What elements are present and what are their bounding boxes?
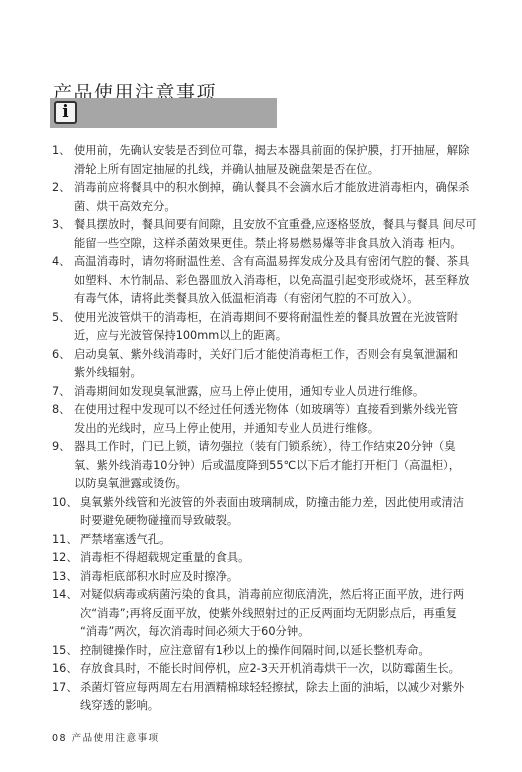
item-number: 1、 [52,142,71,161]
list-item: 8、在使用过程中发现可以不经过任何透光物体（如玻璃等）直接看到紫外线光管发出的光… [52,401,512,438]
item-text-line: 使用前，先确认安装是否到位可靠，揭去本器具前面的保护膜，打开抽屉，解除 [52,142,512,161]
item-number: 16、 [52,660,78,679]
item-text-line: 近，应与光波管保持100mm以上的距离。 [52,327,512,346]
list-item: 15、控制键操作时，应注意留有1秒以上的操作间隔时间,以延长整机寿命。 [52,642,512,661]
item-number: 2、 [52,179,71,198]
item-text-line: 发出的光线时，应马上停止使用，并通知专业人员进行维修。 [52,420,512,439]
item-text-line: 紫外线辐射。 [52,364,512,383]
list-item: 13、消毒柜底部积水时应及时擦净。 [52,568,512,587]
item-number: 17、 [52,679,78,698]
item-number: 10、 [52,494,78,513]
list-item: 10、臭氧紫外线管和光波管的外表面由玻璃制成，防撞击能力差，因此使用或清洁时要避… [52,494,512,531]
item-text-line: 有毒气体，请将此类餐具放入低温柜消毒（有密闭气腔的不可放入）。 [52,290,512,309]
item-text-line: 次“消毒”;再将反面平放，使紫外线照射过的正反两面均无阴影点后，再重复 [52,605,512,624]
item-text-line: 存放食具时，不能长时间停机，应2-3天开机消毒烘干一次，以防霉菌生长。 [52,660,512,679]
item-text-line: 臭氧紫外线管和光波管的外表面由玻璃制成，防撞击能力差，因此使用或清洁 [52,494,512,513]
item-number: 11、 [52,531,78,550]
item-number: 4、 [52,253,71,272]
item-text-line: 在使用过程中发现可以不经过任何透光物体（如玻璃等）直接看到紫外线光管 [52,401,512,420]
item-text-line: 时要避免硬物碰撞而导致破裂。 [52,512,512,531]
item-text-line: 高温消毒时，请勿将耐温性差、含有高温易挥发成分及具有密闭气腔的餐、茶具 [52,253,512,272]
list-item: 11、严禁堵塞透气孔。 [52,531,512,550]
item-text-line: 能留一些空隙，这样杀菌效果更佳。禁止将易燃易爆等非食具放入消毒 柜内。 [52,235,512,254]
list-item: 1、使用前，先确认安装是否到位可靠，揭去本器具前面的保护膜，打开抽屉，解除滑轮上… [52,142,512,179]
list-item: 12、消毒柜不得超载规定重量的食具。 [52,549,512,568]
list-item: 3、餐具摆放时，餐具间要有间隙，且安放不宜重叠,应逐格竖放，餐具与餐具 间尽可能… [52,216,512,253]
item-text-line: 如塑料、木竹制品、彩色器皿放入消毒柜，以免高温引起变形或烧坏，甚至释放 [52,272,512,291]
page-number: 08 [52,733,67,744]
item-text-line: 餐具摆放时，餐具间要有间隙，且安放不宜重叠,应逐格竖放，餐具与餐具 间尽可 [52,216,512,235]
item-number: 5、 [52,309,71,328]
list-item: 2、消毒前应将餐具中的积水倒掉，确认餐具不会滴水后才能放进消毒柜内，确保杀菌、烘… [52,179,512,216]
item-number: 7、 [52,383,71,402]
item-text-line: 以防臭氧泄露或烫伤。 [52,475,512,494]
item-text-line: 器具工作时，门已上锁，请勿强拉（装有门锁系统），待工作结束20分钟（臭 [52,438,512,457]
item-number: 14、 [52,586,78,605]
list-item: 14、对疑似病毒或病菌污染的食具，消毒前应彻底清洗，然后将正面平放，进行两次“消… [52,586,512,642]
item-text-line: 消毒柜底部积水时应及时擦净。 [52,568,512,587]
item-number: 3、 [52,216,71,235]
item-text-line: 控制键操作时，应注意留有1秒以上的操作间隔时间,以延长整机寿命。 [52,642,512,661]
item-text-line: 菌、烘干高效充分。 [52,198,512,217]
page-footer: 08 产品使用注意事项 [52,730,160,744]
item-number: 8、 [52,401,71,420]
item-number: 6、 [52,346,71,365]
item-text-line: 使用光波管烘干的消毒柜，在消毒期间不要将耐温性差的餐具放置在光波管附 [52,309,512,328]
footer-label: 产品使用注意事项 [72,733,160,744]
item-text-line: 滑轮上所有固定抽屉的扎线，并确认抽屉及碗盘架是否在位。 [52,161,512,180]
info-icon: i [54,101,77,124]
item-text-line: 氧、紫外线消毒10分钟）后或温度降到55℃以下后才能打开柜门（高温柜）， [52,457,512,476]
list-item: 16、存放食具时，不能长时间停机，应2-3天开机消毒烘干一次，以防霉菌生长。 [52,660,512,679]
item-text-line: 对疑似病毒或病菌污染的食具，消毒前应彻底清洗，然后将正面平放，进行两 [52,586,512,605]
list-item: 6、启动臭氧、紫外线消毒时，关好门后才能使消毒柜工作，否则会有臭氧泄漏和紫外线辐… [52,346,512,383]
item-number: 12、 [52,549,78,568]
item-number: 9、 [52,438,71,457]
precautions-list: 1、使用前，先确认安装是否到位可靠，揭去本器具前面的保护膜，打开抽屉，解除滑轮上… [52,142,512,716]
item-text-line: 杀菌灯管应每两周左右用酒精棉球轻轻擦拭，除去上面的油垢，以减少对紫外 [52,679,512,698]
list-item: 5、使用光波管烘干的消毒柜，在消毒期间不要将耐温性差的餐具放置在光波管附近，应与… [52,309,512,346]
item-number: 13、 [52,568,78,587]
list-item: 17、杀菌灯管应每两周左右用酒精棉球轻轻擦拭，除去上面的油垢，以减少对紫外线穿透… [52,679,512,716]
item-text-line: 线穿透的影响。 [52,697,512,716]
item-number: 15、 [52,642,78,661]
item-text-line: “消毒”两次，每次消毒时间必须大于60分钟。 [52,623,512,642]
item-text-line: 消毒期间如发现臭氧泄露，应马上停止使用，通知专业人员进行维修。 [52,383,512,402]
item-text-line: 严禁堵塞透气孔。 [52,531,512,550]
list-item: 7、消毒期间如发现臭氧泄露，应马上停止使用，通知专业人员进行维修。 [52,383,512,402]
item-text-line: 消毒柜不得超载规定重量的食具。 [52,549,512,568]
list-item: 9、器具工作时，门已上锁，请勿强拉（装有门锁系统），待工作结束20分钟（臭氧、紫… [52,438,512,494]
item-text-line: 消毒前应将餐具中的积水倒掉，确认餐具不会滴水后才能放进消毒柜内，确保杀 [52,179,512,198]
item-text-line: 启动臭氧、紫外线消毒时，关好门后才能使消毒柜工作，否则会有臭氧泄漏和 [52,346,512,365]
info-banner: i [50,98,277,128]
list-item: 4、高温消毒时，请勿将耐温性差、含有高温易挥发成分及具有密闭气腔的餐、茶具如塑料… [52,253,512,309]
